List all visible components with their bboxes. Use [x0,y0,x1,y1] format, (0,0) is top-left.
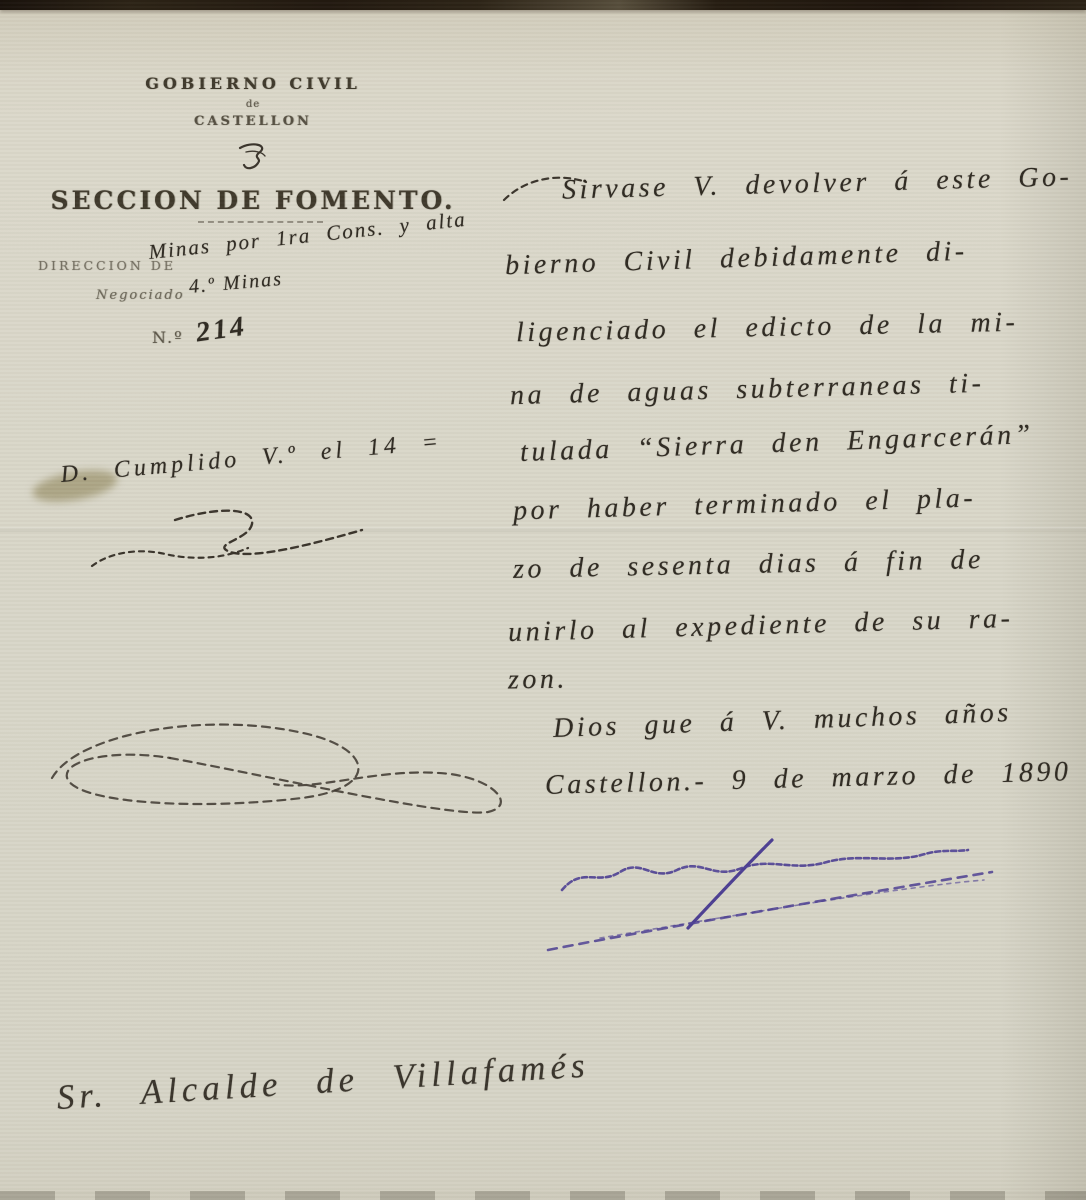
body-line-5: tulada “Sierra den Engarcerán” [520,419,1035,469]
letterhead-org-line3: CASTELLON [0,114,506,129]
body-line-3: ligenciado el edicto de la mi- [516,307,1019,350]
number-label: N.º [152,328,184,347]
body-line-9: zon. [508,663,568,696]
letterhead-ornament-icon [232,140,276,172]
body-line-1: Sirvase V. devolver á este Go- [562,161,1073,206]
body-line-6: por haber terminado el pla- [513,483,977,528]
addressee-line: Sr. Alcalde de Villafamés [56,1045,591,1118]
paraph-flourish-loops [30,692,510,852]
body-line-4: na de aguas subterraneas ti- [510,368,985,412]
body-line-10: Dios gue á V. muchos años [553,697,1013,745]
signature-scribble [540,826,1010,958]
letterhead-org-line1: GOBIERNO CIVIL [0,74,506,93]
direction-value-handwritten: Minas por 1ra Cons. y alta [147,207,467,265]
negociado-value-handwritten: 4.º Minas [188,268,284,299]
margin-note-rubric [70,500,370,590]
margin-note-handwritten: D. Cumplido V.º el 14 = [60,429,443,489]
negociado-label: Negociado [96,288,185,303]
body-line-8: unirlo al expediente de su ra- [508,603,1014,649]
number-value-handwritten: 214 [194,311,249,350]
scan-edge-top [0,0,1086,10]
letterhead-org-line2: de [0,99,506,110]
body-line-11: Castellon.- 9 de marzo de 1890 [545,756,1072,802]
body-line-2: bierno Civil debidamente di- [505,236,968,283]
scan-edge-bottom [0,1191,1086,1200]
scanned-letter-page: GOBIERNO CIVIL de CASTELLON SECCION DE F… [0,0,1086,1200]
body-line-7: zo de sesenta dias á fin de [513,544,984,586]
